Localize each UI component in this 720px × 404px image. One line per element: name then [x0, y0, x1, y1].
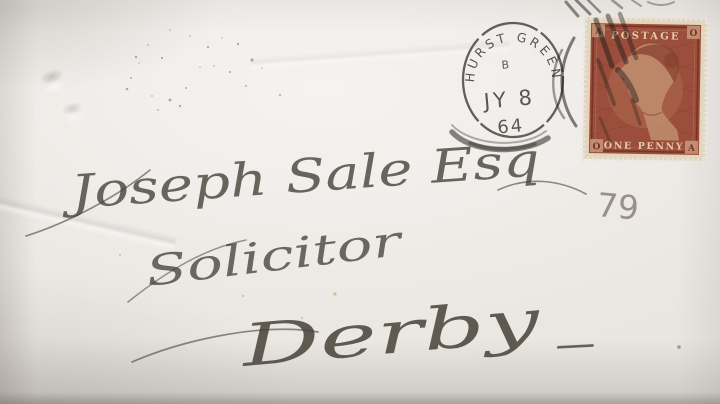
address-line-2: Solicitor: [143, 216, 407, 296]
manuscript-address: Joseph Sale Esq Solicitor Derby —: [26, 132, 596, 380]
corner-letter-top-right: O: [689, 29, 697, 39]
corner-letter-bottom-left: O: [592, 142, 600, 152]
postmark-town: HURST GREEN: [462, 29, 565, 83]
stamp-one-penny-label: ONE PENNY: [604, 140, 685, 152]
address-line-3: Derby: [238, 286, 544, 380]
pencil-number: 79: [595, 185, 640, 228]
postmark-date: JY 8: [481, 85, 536, 114]
postmark: HURST GREEN B JY 8 64: [462, 23, 565, 140]
address-line-3-dash: —: [554, 320, 596, 368]
address-line-1: Joseph Sale Esq: [59, 132, 542, 219]
postmark-index-letter: B: [501, 58, 510, 72]
envelope-artwork: HURST GREEN B JY 8 64: [0, 0, 720, 404]
stamp-postage-label: POSTAGE: [611, 30, 681, 42]
envelope-photo: HURST GREEN B JY 8 64: [0, 0, 720, 404]
corner-letter-bottom-right: A: [687, 144, 696, 154]
